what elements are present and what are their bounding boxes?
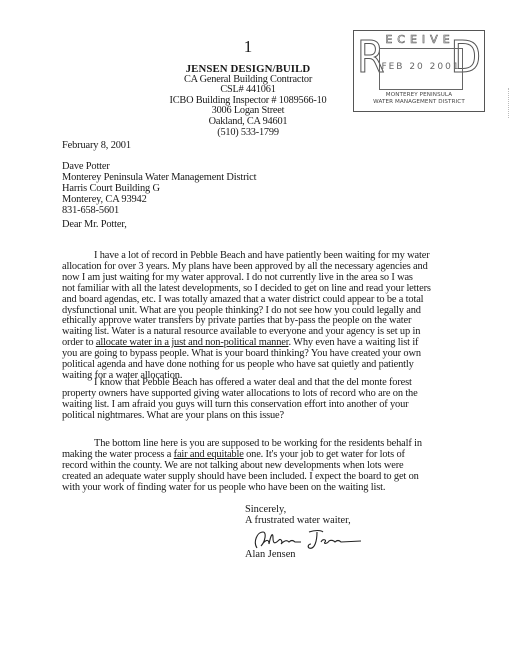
stamp-district: MONTEREY PENINSULA WATER MANAGEMENT DIST…: [354, 92, 484, 106]
letterhead-city: Oakland, CA 94601: [168, 117, 328, 128]
letterhead: JENSEN DESIGN/BUILD CA General Building …: [168, 64, 328, 138]
stamp-middle-letters: ECEIVE: [378, 33, 462, 46]
paragraph-line: created an adequate water supply should …: [62, 472, 442, 483]
signer-name: Alan Jensen: [245, 550, 296, 561]
recipient-phone: 831-658-5601: [62, 206, 256, 217]
paragraph-line: political nightmares. What are your plan…: [62, 411, 442, 422]
scan-artifact: [508, 88, 510, 118]
page-number: 1: [238, 37, 258, 57]
stamp-district-line-2: WATER MANAGEMENT DISTRICT: [354, 99, 484, 106]
body-paragraph-3: The bottom line here is you are supposed…: [62, 439, 442, 494]
closing-descriptor: A frustrated water waiter,: [245, 516, 351, 527]
body-paragraph-1: I have a lot of record in Pebble Beach a…: [62, 251, 442, 382]
company-name: JENSEN DESIGN/BUILD: [168, 64, 328, 75]
salutation: Dear Mr. Potter,: [62, 220, 127, 231]
stamp-date-box: FEB 20 2001: [379, 48, 463, 90]
paragraph-line: with your work of finding water for us p…: [62, 483, 442, 494]
stamp-date: FEB 20 2001: [380, 62, 462, 72]
letterhead-phone: (510) 533-1799: [168, 128, 328, 139]
underlined-phrase: allocate water in a just and non-politic…: [96, 337, 289, 348]
recipient-city: Monterey, CA 93942: [62, 195, 256, 206]
paragraph-line: and board agendas, etc. I was totally am…: [62, 295, 442, 306]
recipient-address: Dave Potter Monterey Peninsula Water Man…: [62, 162, 256, 217]
stamp-district-line-1: MONTEREY PENINSULA: [354, 92, 484, 99]
paragraph-line: not familiar with all the latest develop…: [62, 284, 442, 295]
received-stamp: R ECEIVE D FEB 20 2001 MONTEREY PENINSUL…: [353, 30, 485, 112]
letter-date: February 8, 2001: [62, 141, 131, 152]
body-paragraph-2: I know that Pebble Beach has offered a w…: [62, 378, 442, 422]
underlined-phrase: fair and equitable: [174, 449, 244, 460]
closing: Sincerely, A frustrated water waiter,: [245, 505, 351, 527]
